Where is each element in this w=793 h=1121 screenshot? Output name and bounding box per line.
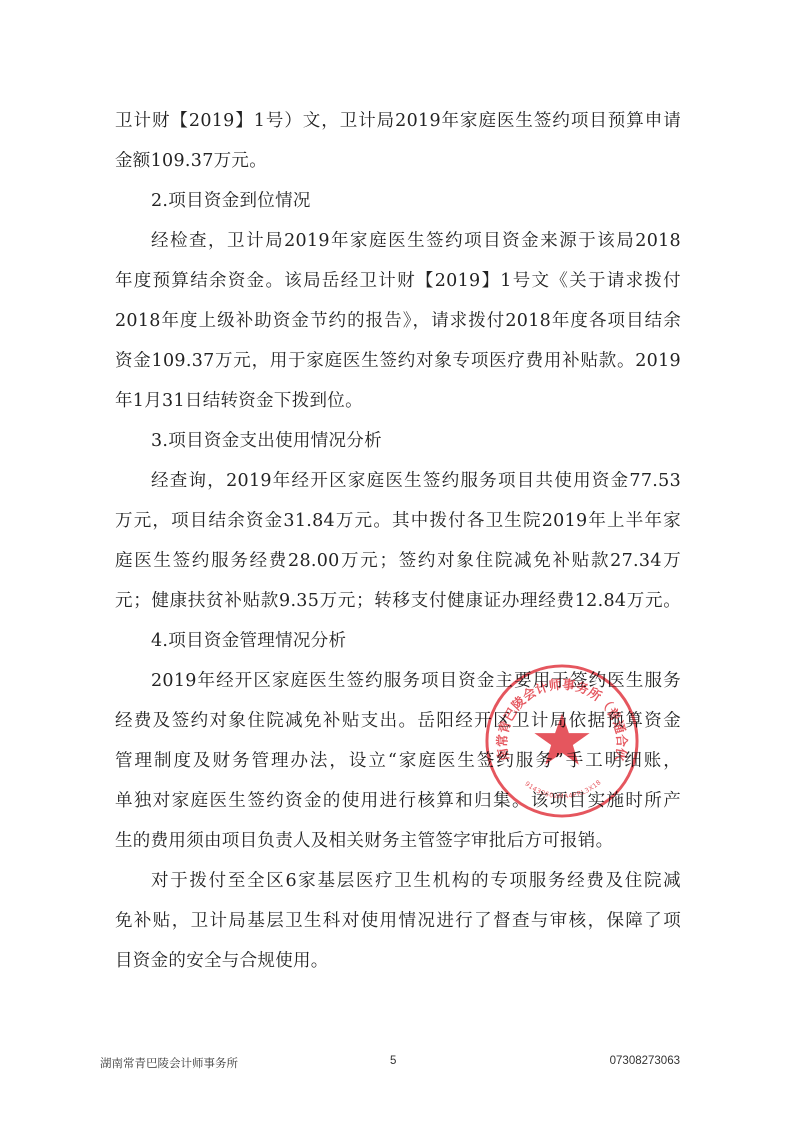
footer-organization: 湖南常青巴陵会计师事务所 <box>100 1055 238 1071</box>
paragraph-line: 年1月31日结转资金下拨到位。 <box>115 381 681 421</box>
paragraph-line: 目资金的安全与合规使用。 <box>115 941 681 981</box>
paragraph-line: 经查询，2019年经开区家庭医生签约服务项目共使用资金77.53 <box>115 461 681 501</box>
paragraph-line: 资金109.37万元，用于家庭医生签约对象专项医疗费用补贴款。2019 <box>115 341 681 381</box>
section-heading-2: 2.项目资金到位情况 <box>115 181 681 221</box>
paragraph-line: 年度预算结余资金。该局岳经卫计财【2019】1号文《关于请求拨付 <box>115 261 681 301</box>
paragraph-line: 2019年经开区家庭医生签约服务项目资金主要用于签约医生服务 <box>115 661 681 701</box>
paragraph-line: 生的费用须由项目负责人及相关财务主管签字审批后方可报销。 <box>115 821 681 861</box>
document-body: 卫计财【2019】1号）文，卫计局2019年家庭医生签约项目预算申请 金额109… <box>115 101 681 981</box>
section-heading-3: 3.项目资金支出使用情况分析 <box>115 421 681 461</box>
paragraph-line: 经费及签约对象住院减免补贴支出。岳阳经开区卫计局依据预算资金 <box>115 701 681 741</box>
paragraph-line: 单独对家庭医生签约资金的使用进行核算和归集。该项目实施时所产 <box>115 781 681 821</box>
footer-phone: 07308273063 <box>610 1055 680 1067</box>
page-footer: 湖南常青巴陵会计师事务所 5 07308273063 <box>100 1055 700 1075</box>
paragraph-line: 万元，项目结余资金31.84万元。其中拨付各卫生院2019年上半年家 <box>115 501 681 541</box>
section-heading-4: 4.项目资金管理情况分析 <box>115 621 681 661</box>
paragraph-line: 2018年度上级补助资金节约的报告》，请求拨付2018年度各项目结余 <box>115 301 681 341</box>
paragraph-line: 经检查，卫计局2019年家庭医生签约项目资金来源于该局2018 <box>115 221 681 261</box>
paragraph-line: 对于拨付至全区6家基层医疗卫生机构的专项服务经费及住院减 <box>115 861 681 901</box>
paragraph-line: 金额109.37万元。 <box>115 141 681 181</box>
paragraph-line: 庭医生签约服务经费28.00万元；签约对象住院减免补贴款27.34万 <box>115 541 681 581</box>
document-page: 卫计财【2019】1号）文，卫计局2019年家庭医生签约项目预算申请 金额109… <box>0 0 793 1121</box>
page-number: 5 <box>390 1055 396 1067</box>
paragraph-line: 免补贴，卫计局基层卫生科对使用情况进行了督查与审核，保障了项 <box>115 901 681 941</box>
paragraph-line: 元；健康扶贫补贴款9.35万元；转移支付健康证办理经费12.84万元。 <box>115 581 681 621</box>
paragraph-line: 管理制度及财务管理办法，设立“家庭医生签约服务”手工明细账， <box>115 741 681 781</box>
paragraph-line: 卫计财【2019】1号）文，卫计局2019年家庭医生签约项目预算申请 <box>115 101 681 141</box>
